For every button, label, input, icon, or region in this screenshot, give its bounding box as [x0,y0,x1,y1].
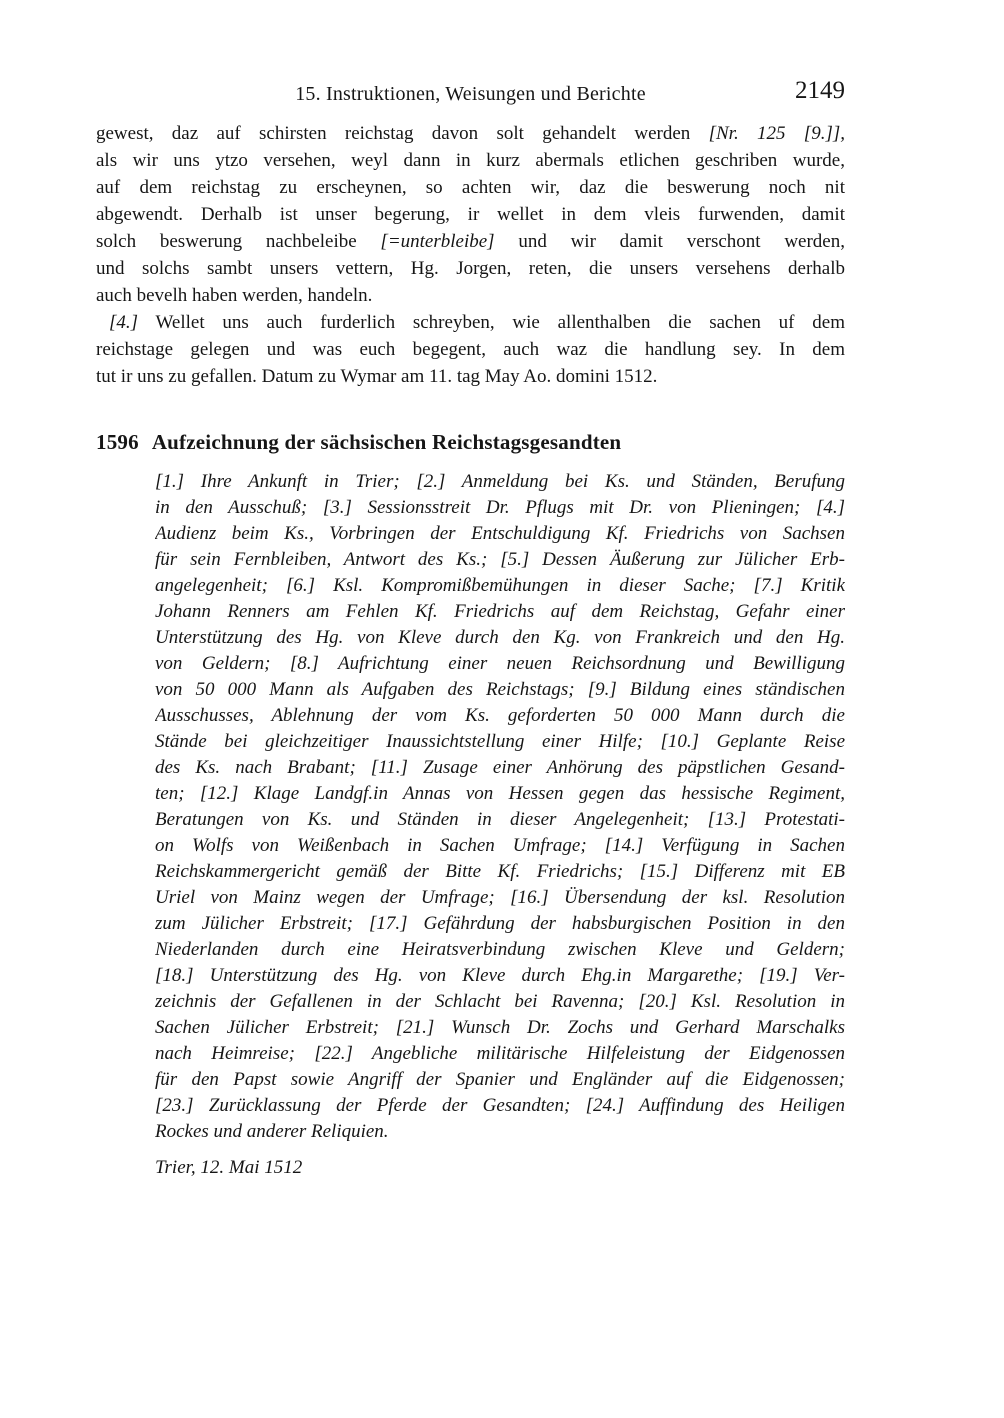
entry-number: 1596 [96,430,139,454]
text-line: Ausschusses, Ablehnung der vom Ks. gefor… [155,703,845,729]
body-paragraph-continuation: gewest, daz auf schirsten reichstag davo… [96,120,845,309]
text-line: abgewendt. Derhalb ist unser begerung, i… [96,201,845,228]
text-line: nach Heimreise; [22.] Angebliche militär… [155,1041,845,1067]
text-line: Johann Renners am Fehlen Kf. Friedrichs … [155,599,845,625]
text-line: von Geldern; [8.] Aufrichtung einer neue… [155,651,845,677]
text-line: zum Jülicher Erbstreit; [17.] Gefährdung… [155,911,845,937]
text-line: Unterstützung des Hg. von Kleve durch de… [155,625,845,651]
text-line: angelegenheit; [6.] Ksl. Kompromißbemühu… [155,573,845,599]
text-line: [23.] Zurücklassung der Pferde der Gesan… [155,1093,845,1119]
text-line: reichstage gelegen und was euch begegent… [96,336,845,363]
text-line: ten; [12.] Klage Landgf.in Annas von Hes… [155,781,845,807]
text-line: [4.] Wellet uns auch furderlich schreybe… [96,309,845,336]
entry-dateline: Trier, 12. Mai 1512 [155,1155,845,1181]
entry-title: Aufzeichnung der sächsischen Reichstagsg… [152,430,622,454]
text-line: und solchs sambt unsers vettern, Hg. Jor… [96,255,845,282]
text-line: Rockes und anderer Reliquien. [155,1119,845,1145]
text-line: Reichskammergericht gemäß der Bitte Kf. … [155,859,845,885]
text-line: auf dem reichstag zu erscheynen, so acht… [96,174,845,201]
entry-heading: 1596Aufzeichnung der sächsischen Reichst… [96,428,845,456]
body-paragraph-4: [4.] Wellet uns auch furderlich schreybe… [96,309,845,390]
page-number: 2149 [96,76,845,106]
text-line: in den Ausschuß; [3.] Sessionsstreit Dr.… [155,495,845,521]
text-line: Beratungen von Ks. und Ständen in dieser… [155,807,845,833]
text-line: Stände bei gleichzeitiger Inaussichtstel… [155,729,845,755]
text-line: des Ks. nach Brabant; [11.] Zusage einer… [155,755,845,781]
text-line: auch bevelh haben werden, handeln. [96,282,845,309]
text-line: on Wolfs von Weißenbach in Sachen Umfrag… [155,833,845,859]
text-line: als wir uns ytzo versehen, weyl dann in … [96,147,845,174]
text-line: Niederlanden durch eine Heiratsverbindun… [155,937,845,963]
text-line: von 50 000 Mann als Aufgaben des Reichst… [155,677,845,703]
text-line: zeichnis der Gefallenen in der Schlacht … [155,989,845,1015]
text-line: Audienz beim Ks., Vorbringen der Entschu… [155,521,845,547]
text-line: [18.] Unterstützung des Hg. von Kleve du… [155,963,845,989]
text-line: Uriel von Mainz wegen der Umfrage; [16.]… [155,885,845,911]
book-page: 15. Instruktionen, Weisungen und Bericht… [0,0,1004,1418]
text-line: solch beswerung nachbeleibe [=unterbleib… [96,228,845,255]
text-line: gewest, daz auf schirsten reichstag davo… [96,120,845,147]
text-line: für sein Fernbleiben, Antwort des Ks.; [… [155,547,845,573]
text-line: [1.] Ihre Ankunft in Trier; [2.] Anmeldu… [155,469,845,495]
text-line: Sachen Jülicher Erbstreit; [21.] Wunsch … [155,1015,845,1041]
text-line: für den Papst sowie Angriff der Spanier … [155,1067,845,1093]
text-line: tut ir uns zu gefallen. Datum zu Wymar a… [96,363,845,390]
entry-summary: [1.] Ihre Ankunft in Trier; [2.] Anmeldu… [155,469,845,1145]
